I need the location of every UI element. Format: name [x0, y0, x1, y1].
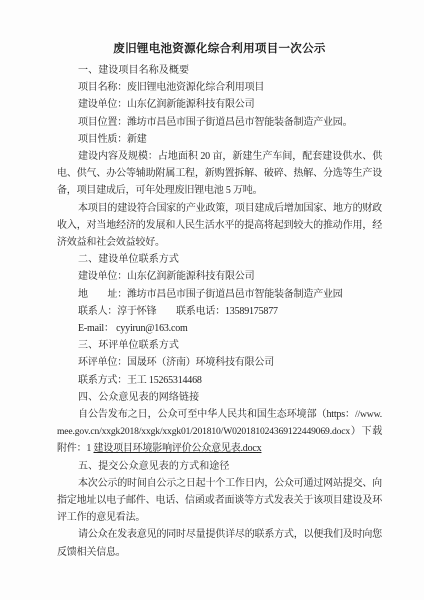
contact-person-line: 联系人：淳于怀锋 联系电话：13589175877	[57, 303, 382, 320]
section-4-heading: 四、公众意见表的网络链接	[57, 389, 382, 406]
section-2-heading: 二、建设单位联系方式	[57, 251, 382, 268]
eia-unit-line: 环评单位：国晟环（济南）环境科技有限公司	[57, 354, 382, 371]
email-line: E-mail： cyyirun@163.com	[57, 320, 382, 337]
download-link-paragraph: 自公告发布之日，公众可至中华人民共和国生态环境部（https：//www.mee…	[57, 406, 382, 458]
section-5-heading: 五、提交公众意见表的方式和途径	[57, 458, 382, 475]
document-page: 废旧锂电池资源化综合利用项目一次公示 一、建设项目名称及概要 项目名称：废旧锂电…	[0, 0, 424, 600]
policy-benefit-paragraph: 本项目的建设符合国家的产业政策，项目建成后增加国家、地方的财政收入，对当地经济的…	[57, 200, 382, 252]
feedback-request-paragraph: 请公众在发表意见的同时尽量提供详尽的联系方式，以便我们及时向您反馈相关信息。	[57, 526, 382, 560]
page-title: 废旧锂电池资源化综合利用项目一次公示	[57, 41, 382, 58]
submission-method-paragraph: 本次公示的时间自公示之日起十个工作日内，公众可通过网站提交、向指定地址以电子邮件…	[57, 475, 382, 527]
link-paragraph-intro: 自公告发布之日，公众可至中华人民共和国生态环境部（https：	[78, 409, 355, 420]
address-line: 地 址：潍坊市昌邑市围子街道昌邑市智能装备制造产业园	[57, 286, 382, 303]
section-1-heading: 一、建设项目名称及概要	[57, 62, 382, 79]
project-location-line: 项目位置：潍坊市昌邑市围子街道昌邑市智能装备制造产业园。	[57, 114, 382, 131]
project-name-line: 项目名称：废旧锂电池资源化综合利用项目	[57, 79, 382, 96]
attachment-link[interactable]: 建设项目环境影响评价公众意见表.docx	[94, 443, 262, 454]
eia-contact-line: 联系方式：王工 15265314468	[57, 372, 382, 389]
builder-unit-line: 建设单位：山东亿润新能源科技有限公司	[57, 268, 382, 285]
section-3-heading: 三、环评单位联系方式	[57, 337, 382, 354]
construction-unit-line: 建设单位：山东亿润新能源科技有限公司	[57, 96, 382, 113]
project-nature-line: 项目性质：新建	[57, 131, 382, 148]
construction-scale-paragraph: 建设内容及规模：占地面积 20 亩，新建生产车间，配套建设供水、供电、供气、办公…	[57, 148, 382, 200]
